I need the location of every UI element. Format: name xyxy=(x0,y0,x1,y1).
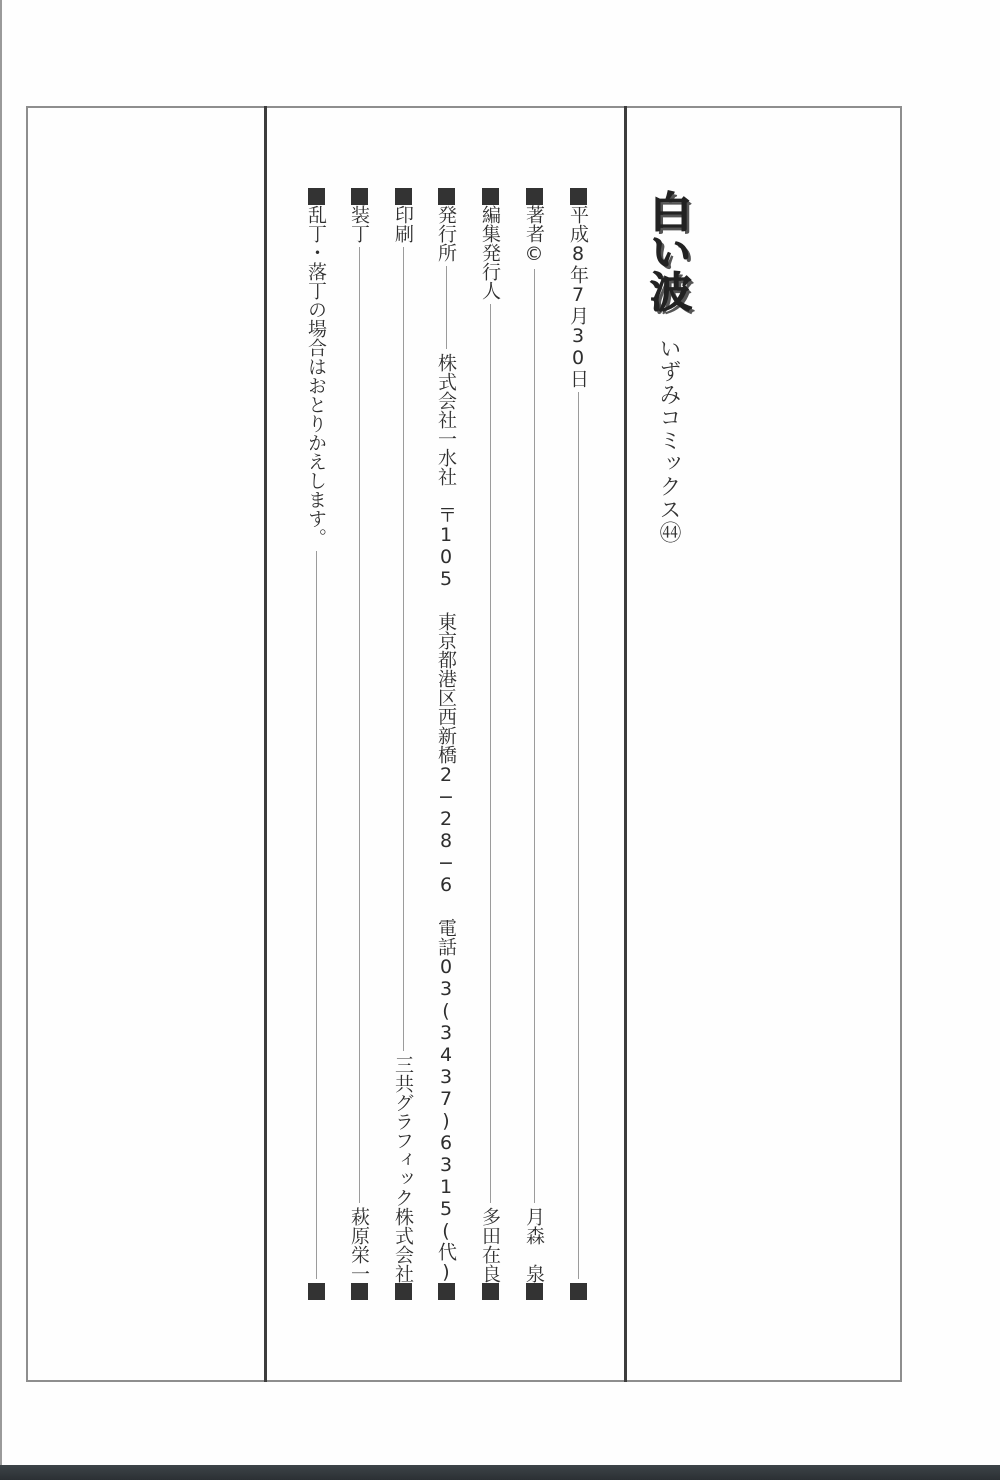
marker-square-icon xyxy=(526,1283,543,1300)
leader-line xyxy=(446,266,447,349)
book-title: 白い波 xyxy=(644,190,693,310)
marker-square-icon xyxy=(308,188,325,205)
marker-square-icon xyxy=(438,188,455,205)
leader-line xyxy=(403,247,404,1051)
colophon-row-author: 著者© 月森 泉 xyxy=(519,188,549,1300)
row-label: 著者© xyxy=(519,205,549,265)
frame-divider-right xyxy=(624,106,627,1382)
colophon-row-publisher: 発行所 株式会社一水社 〒105 東京都港区西新橋2−28−6 電話03(343… xyxy=(431,188,461,1300)
page-left-edge xyxy=(0,0,2,1465)
row-value: 三共グラフィック株式会社 xyxy=(388,1055,418,1283)
row-value: 多田在良 xyxy=(475,1207,505,1283)
colophon-row-printing: 印刷 三共グラフィック株式会社 xyxy=(388,188,418,1300)
leader-line xyxy=(578,392,579,1279)
leader-line xyxy=(316,551,317,1279)
marker-square-icon xyxy=(570,188,587,205)
marker-square-icon xyxy=(308,1283,325,1300)
marker-square-icon xyxy=(482,1283,499,1300)
series-name: いずみコミックス㊹ xyxy=(656,337,681,544)
row-label: 平成8年7月30日 xyxy=(563,205,593,388)
row-label: 発行所 xyxy=(431,205,461,262)
leader-line xyxy=(534,269,535,1203)
row-label: 編集発行人 xyxy=(475,205,505,300)
row-label: 乱丁・落丁の場合はおとりかえします。 xyxy=(301,205,331,547)
leader-line xyxy=(490,304,491,1203)
row-value: 月森 泉 xyxy=(519,1207,549,1283)
frame-divider-left xyxy=(264,106,267,1382)
row-label: 印刷 xyxy=(388,205,418,243)
scan-bottom-strip xyxy=(0,1465,1000,1480)
marker-square-icon xyxy=(395,188,412,205)
marker-square-icon xyxy=(570,1283,587,1300)
marker-square-icon xyxy=(438,1283,455,1300)
colophon-row-editor: 編集発行人 多田在良 xyxy=(475,188,505,1300)
marker-square-icon xyxy=(351,1283,368,1300)
marker-square-icon xyxy=(482,188,499,205)
marker-square-icon xyxy=(351,188,368,205)
title-block: 白い波 いずみコミックス㊹ xyxy=(638,190,698,544)
colophon-frame xyxy=(26,106,902,1382)
colophon-row-notice: 乱丁・落丁の場合はおとりかえします。 xyxy=(301,188,331,1300)
row-value: 株式会社一水社 〒105 東京都港区西新橋2−28−6 電話03(3437)63… xyxy=(431,353,461,1283)
leader-line xyxy=(359,247,360,1203)
row-value: 萩原栄一 xyxy=(344,1207,374,1283)
row-label: 装丁 xyxy=(344,205,374,243)
marker-square-icon xyxy=(395,1283,412,1300)
marker-square-icon xyxy=(526,188,543,205)
colophon-row-date: 平成8年7月30日 xyxy=(563,188,593,1300)
colophon-row-design: 装丁 萩原栄一 xyxy=(344,188,374,1300)
